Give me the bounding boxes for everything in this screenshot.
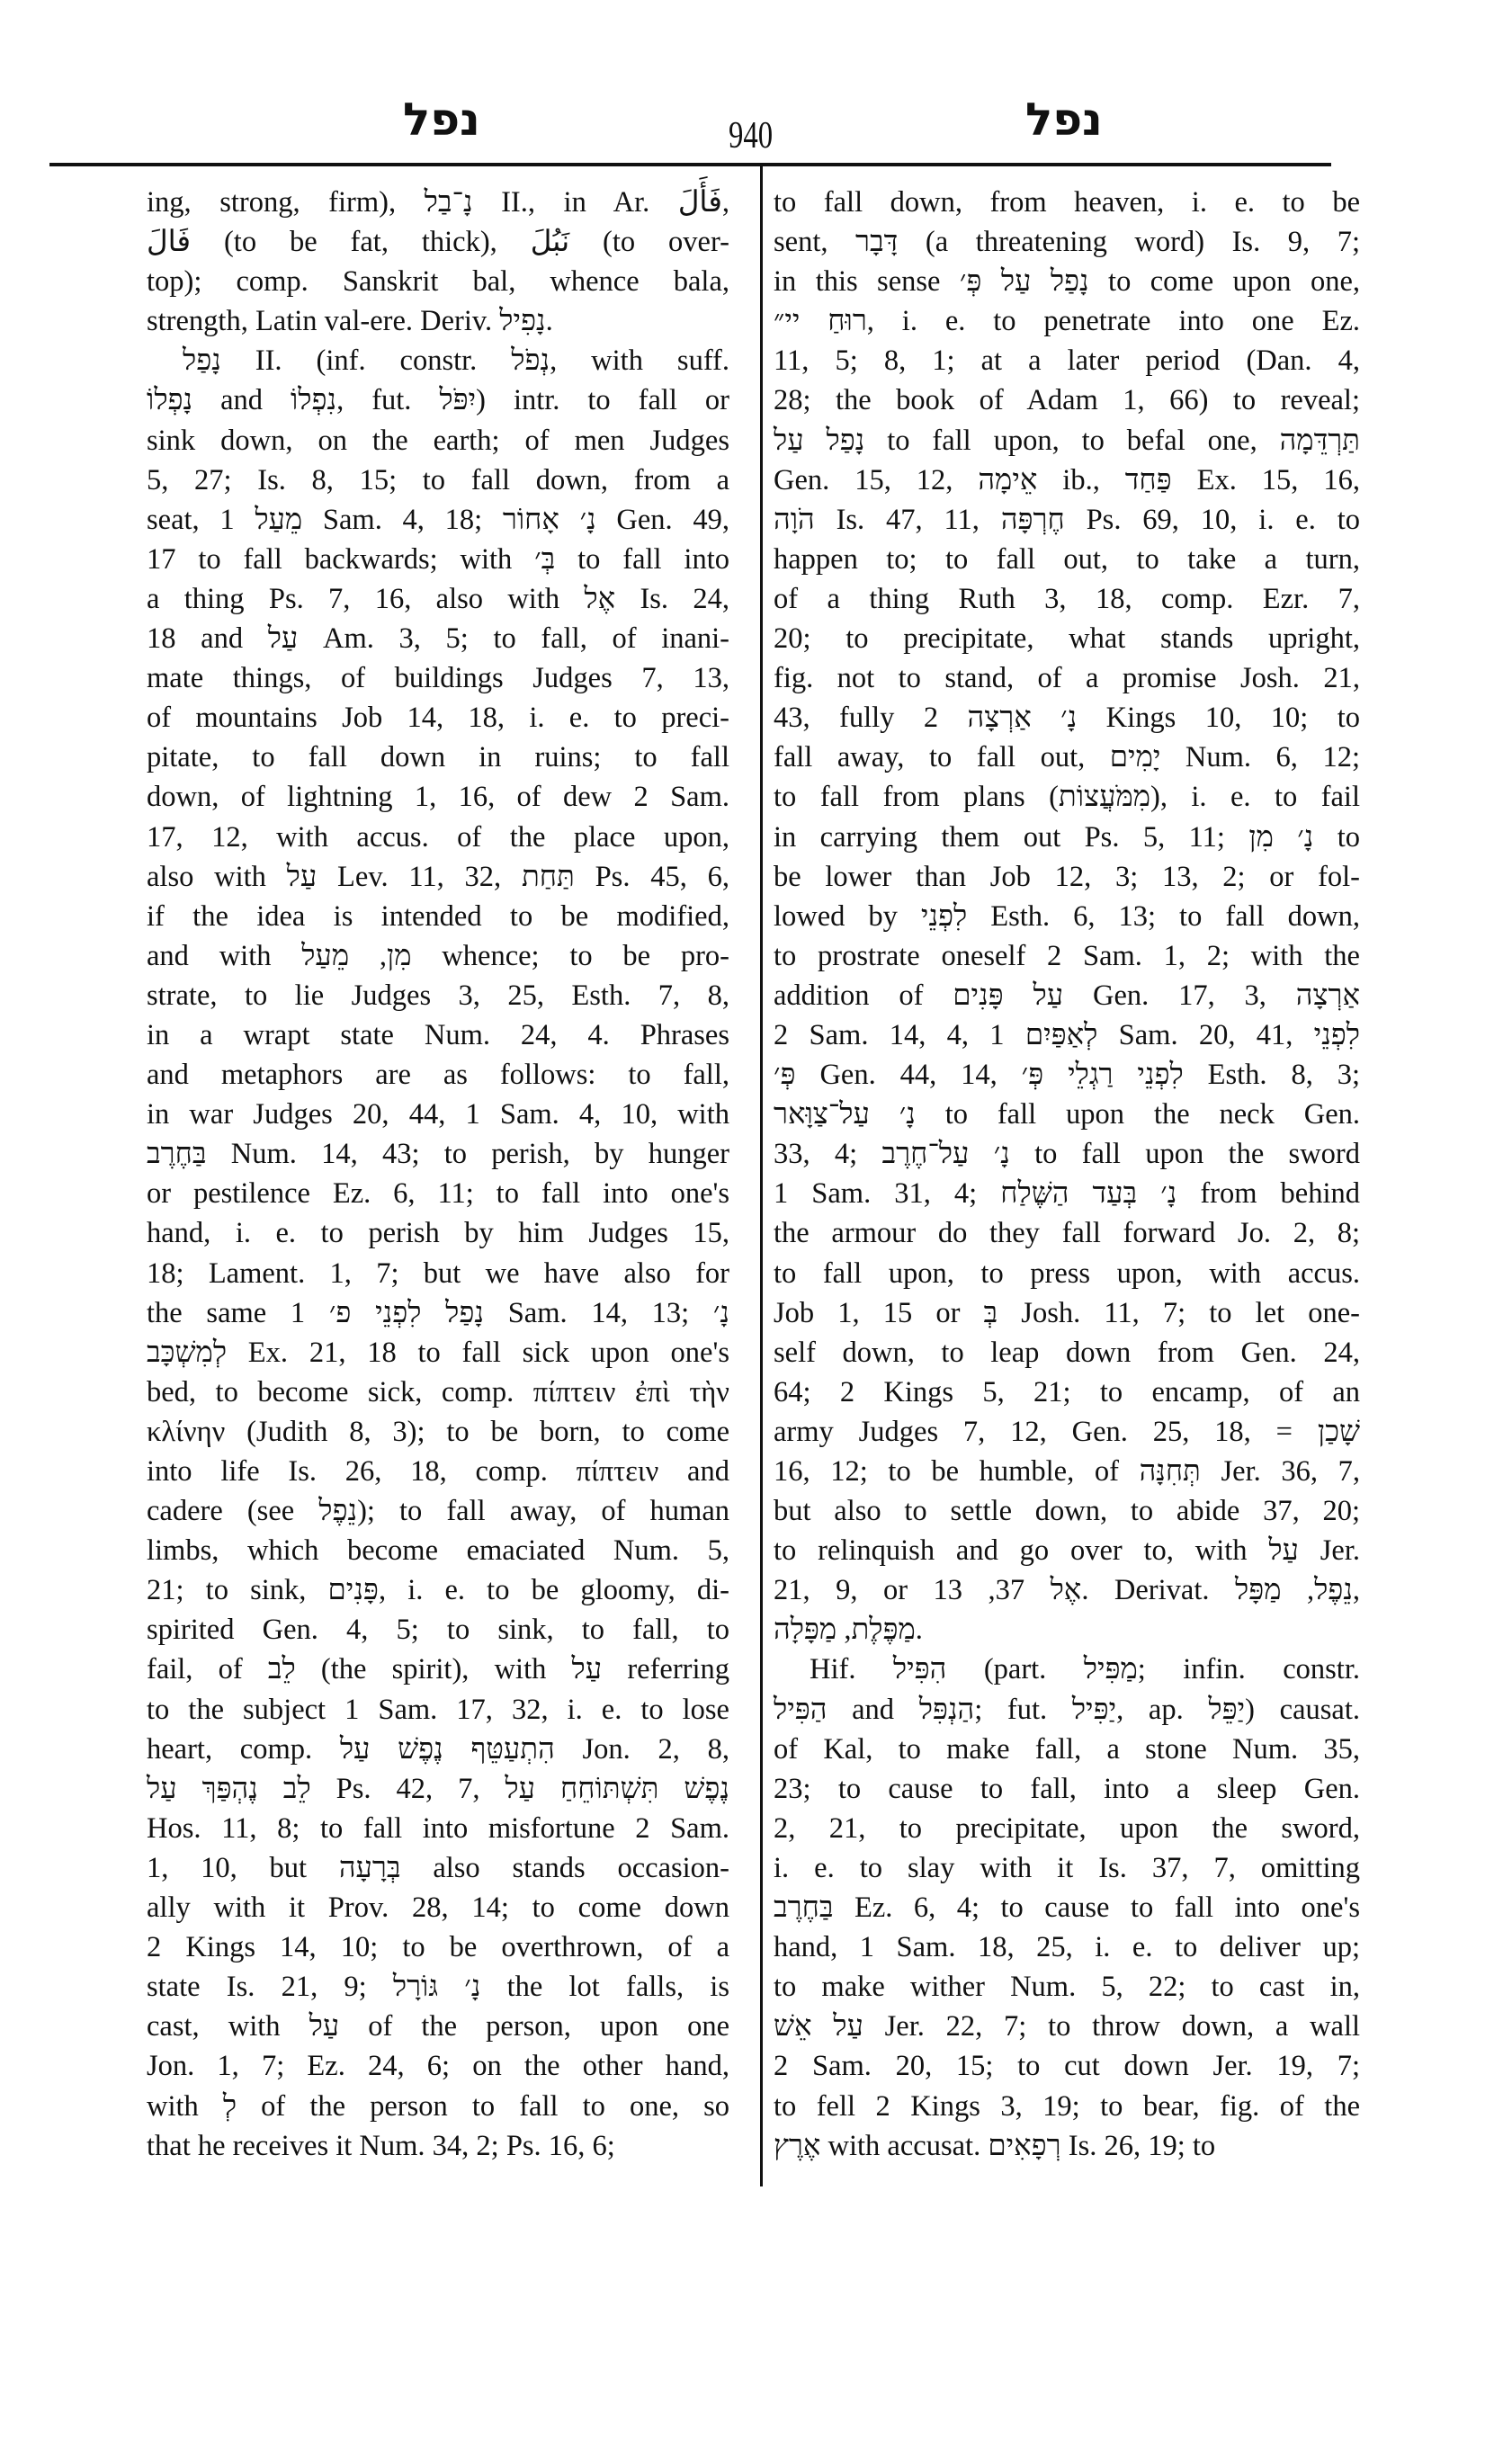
text-line: lowed by לִפְנֵי Esth. 6, 13; to fall do… — [774, 897, 1360, 936]
text-line: sink down, on the earth; of men Judges — [147, 421, 729, 460]
text-line: Jon. 1, 7; Ez. 24, 6; on the other hand, — [147, 2046, 729, 2086]
text-line: פְּ׳ Gen. 44, 14, לִפְנֵי רַגְלֵי פְּ׳ E… — [774, 1055, 1360, 1095]
text-line: hand, i. e. to perish by him Judges 15, — [147, 1213, 729, 1253]
text-line: and metaphors are as follows: to fall, — [147, 1055, 729, 1095]
text-line: and with מִן, מֵעַל whence; to be pro- — [147, 936, 729, 976]
text-line: נָפַל II. (inf. constr. נְפֹל, with suff… — [147, 341, 729, 380]
text-line: לֵב נֶהְפַּךְ עַל Ps. 42, 7, נֶפֶשׁ תִּש… — [147, 1769, 729, 1809]
text-line: of mountains Job 14, 18, i. e. to preci- — [147, 698, 729, 738]
text-line: 1, 10, but בְּרָעָה also stands occasion… — [147, 1848, 729, 1888]
text-line: a thing Ps. 7, 16, also with אֶל Is. 24, — [147, 579, 729, 619]
text-line: of a thing Ruth 3, 18, comp. Ezr. 7, — [774, 579, 1360, 619]
text-line: 33, 4; נָ׳ עַל־חֶרֶב to fall upon the sw… — [774, 1134, 1360, 1174]
text-line: ally with it Prov. 28, 14; to come down — [147, 1888, 729, 1927]
text-line: strate, to lie Judges 3, 25, Esth. 7, 8, — [147, 976, 729, 1015]
text-line: pitate, to fall down in ruins; to fall — [147, 738, 729, 777]
text-line: in carrying them out Ps. 5, 11; נָ׳ מִן … — [774, 818, 1360, 857]
text-line: Hif. הִפִּיל (part. מַפִּיל; infin. cons… — [774, 1650, 1360, 1689]
text-line: fall away, to fall out, יָמִים Num. 6, 1… — [774, 738, 1360, 777]
text-line: in war Judges 20, 44, 1 Sam. 4, 10, with — [147, 1095, 729, 1134]
text-line: 11, 5; 8, 1; at a later period (Dan. 4, — [774, 341, 1360, 380]
text-line: fail, of לֵב (the spirit), with עַל refe… — [147, 1650, 729, 1689]
text-line: spirited Gen. 4, 5; to sink, to fall, to — [147, 1610, 729, 1650]
text-line: 28; the book of Adam 1, 66) to reveal; — [774, 380, 1360, 420]
text-line: to the subject 1 Sam. 17, 32, i. e. to l… — [147, 1690, 729, 1730]
text-line: מַפֶּלֶת, מַפָּלָה. — [774, 1610, 1360, 1650]
text-line: state Is. 21, 9; נָ׳ גּוֹרָל the lot fal… — [147, 1967, 729, 2007]
text-line: הֹוָה Is. 47, 11, חֶרְפָּה Ps. 69, 10, i… — [774, 500, 1360, 540]
text-line: 21; to sink, פָּנִים, i. e. to be gloomy… — [147, 1570, 729, 1610]
text-line: נָפַל עַל to fall upon, to befal one, תַ… — [774, 421, 1360, 460]
text-line: to fall upon, to press upon, with accus. — [774, 1254, 1360, 1293]
text-line: addition of עַל פָּנִים Gen. 17, 3, אַרְ… — [774, 976, 1360, 1015]
text-line: into life Is. 26, 18, comp. πίπτειν and — [147, 1452, 729, 1491]
text-line: 21, 9, or אֶל 37, 13. Derivat. נֵפֶל, מַ… — [774, 1570, 1360, 1610]
text-line: נָ׳ עַל־צַוָּאר to fall upon the neck Ge… — [774, 1095, 1360, 1134]
text-line: mate things, of buildings Judges 7, 13, — [147, 658, 729, 698]
text-line: to fall from plans (מִמֹּעֲצוֹת), i. e. … — [774, 777, 1360, 817]
text-line: בַּחֶרֶב Num. 14, 43; to perish, by hung… — [147, 1134, 729, 1174]
header-rule — [49, 163, 1331, 166]
text-line: فَالَ (to be fat, thick), نَبُلَ (to ove… — [147, 222, 729, 262]
text-line: 2 Kings 14, 10; to be overthrown, of a — [147, 1927, 729, 1967]
text-line: 20; to precipitate, what stands upright, — [774, 619, 1360, 658]
text-line: bed, to become sick, comp. πίπτειν ἐπὶ τ… — [147, 1373, 729, 1412]
page-number: 940 — [729, 117, 773, 155]
text-line: 2 Sam. 14, 4, לְאַפַּיִם 1 Sam. 20, 41, … — [774, 1015, 1360, 1055]
text-line: ing, strong, firm), נָ־בַל II., in Ar. ف… — [147, 183, 729, 222]
text-line: Job 1, 15 or בְּ Josh. 11, 7; to let one… — [774, 1293, 1360, 1333]
text-line: self down, to leap down from Gen. 24, — [774, 1333, 1360, 1373]
text-line: הַפִּיל and הַנְפִּל; fut. יַפִּיל, ap. … — [774, 1690, 1360, 1730]
text-line: עַל אֵשׁ Jer. 22, 7; to throw down, a wa… — [774, 2007, 1360, 2046]
text-line: the same נָפַל לִפְנֵי פ׳ 1 Sam. 14, 13;… — [147, 1293, 729, 1333]
text-line: to prostrate oneself 2 Sam. 1, 2; with t… — [774, 936, 1360, 976]
text-line: רוּחַ יי״, i. e. to penetrate into one E… — [774, 301, 1360, 341]
text-line: hand, 1 Sam. 18, 25, i. e. to deliver up… — [774, 1927, 1360, 1967]
running-head-right: נפל — [1025, 97, 1103, 142]
text-line: in a wrapt state Num. 24, 4. Phrases — [147, 1015, 729, 1055]
text-line: cast, with עַל of the person, upon one — [147, 2007, 729, 2046]
text-line: or pestilence Ez. 6, 11; to fall into on… — [147, 1174, 729, 1213]
text-line: 2 Sam. 20, 15; to cut down Jer. 19, 7; — [774, 2046, 1360, 2086]
text-line: also with עַל Lev. 11, 32, תַּחַת Ps. 45… — [147, 857, 729, 897]
text-line: top); comp. Sanskrit bal, whence bala, — [147, 262, 729, 301]
text-line: to fall down, from heaven, i. e. to be — [774, 183, 1360, 222]
page-header: נפל 940 נפל — [0, 0, 1512, 162]
text-line: 17, 12, with accus. of the place upon, — [147, 818, 729, 857]
text-line: fig. not to stand, of a promise Josh. 21… — [774, 658, 1360, 698]
text-line: אֶרֶץ with accusat. רְפָאִים Is. 26, 19;… — [774, 2126, 1360, 2166]
text-line: בַּחֶרֶב Ez. 6, 4; to cause to fall into… — [774, 1888, 1360, 1927]
text-line: if the idea is intended to be modified, — [147, 897, 729, 936]
running-head-left: נפל — [403, 97, 480, 142]
text-line: 18; Lament. 1, 7; but we have also for — [147, 1254, 729, 1293]
text-line: to make wither Num. 5, 22; to cast in, — [774, 1967, 1360, 2007]
text-line: κλίνην (Judith 8, 3); to be born, to com… — [147, 1412, 729, 1452]
text-line: 2, 21, to precipitate, upon the sword, — [774, 1809, 1360, 1848]
text-line: 17 to fall backwards; with בְּ׳ to fall … — [147, 540, 729, 579]
text-line: be lower than Job 12, 3; 13, 2; or fol- — [774, 857, 1360, 897]
text-line: army Judges 7, 12, Gen. 25, 18, = שָׁכַן — [774, 1412, 1360, 1452]
text-line: to fell 2 Kings 3, 19; to bear, fig. of … — [774, 2087, 1360, 2126]
text-line: 5, 27; Is. 8, 15; to fall down, from a — [147, 460, 729, 500]
column-divider — [760, 166, 763, 2186]
text-line: sent, דָּבָר (a threatening word) Is. 9,… — [774, 222, 1360, 262]
text-line: cadere (see נֵפֶל); to fall away, of hum… — [147, 1491, 729, 1531]
right-column: to fall down, from heaven, i. e. to bese… — [774, 183, 1360, 2166]
text-line: of Kal, to make fall, a stone Num. 35, — [774, 1730, 1360, 1769]
text-line: Gen. 15, 12, אֵימָה ib., פַּחַד Ex. 15, … — [774, 460, 1360, 500]
text-line: seat, מֵעַל 1 Sam. 4, 18; נָ׳ אָחוֹר Gen… — [147, 500, 729, 540]
text-line: 16, 12; to be humble, of תְּחִנָּה Jer. … — [774, 1452, 1360, 1491]
text-line: 64; 2 Kings 5, 21; to encamp, of an — [774, 1373, 1360, 1412]
text-line: strength, Latin val-ere. Deriv. נָפִיל. — [147, 301, 729, 341]
text-line: to relinquish and go over to, with עַל J… — [774, 1531, 1360, 1570]
text-line: 18 and עַל Am. 3, 5; to fall, of inani- — [147, 619, 729, 658]
text-line: in this sense נָפַל עַל פְּ׳ to come upo… — [774, 262, 1360, 301]
text-line: happen to; to fall out, to take a turn, — [774, 540, 1360, 579]
text-line: 1 Sam. 31, 4; נָ׳ בְּעַד הַשֶּׁלַח from … — [774, 1174, 1360, 1213]
text-line: 23; to cause to fall, into a sleep Gen. — [774, 1769, 1360, 1809]
text-line: heart, comp. הִתְעַטֵּף נֶפֶשׁ עַל Jon. … — [147, 1730, 729, 1769]
text-line: 43, fully נָ׳ אַרְצָה 2 Kings 10, 10; to — [774, 698, 1360, 738]
text-line: i. e. to slay with it Is. 37, 7, omittin… — [774, 1848, 1360, 1888]
left-column: ing, strong, firm), נָ־בַל II., in Ar. ف… — [147, 183, 729, 2166]
text-line: Hos. 11, 8; to fall into misfortune 2 Sa… — [147, 1809, 729, 1848]
text-line: לְמִשְׁכָּב Ex. 21, 18 to fall sick upon… — [147, 1333, 729, 1373]
text-line: with לְ of the person to fall to one, so — [147, 2087, 729, 2126]
text-line: that he receives it Num. 34, 2; Ps. 16, … — [147, 2126, 729, 2166]
text-line: down, of lightning 1, 16, of dew 2 Sam. — [147, 777, 729, 817]
text-line: limbs, which become emaciated Num. 5, — [147, 1531, 729, 1570]
text-line: the armour do they fall forward Jo. 2, 8… — [774, 1213, 1360, 1253]
text-line: but also to settle down, to abide 37, 20… — [774, 1491, 1360, 1531]
text-line: נָפְלוֹ and נִפְלוֹ, fut. יִפֹּל) intr. … — [147, 380, 729, 420]
